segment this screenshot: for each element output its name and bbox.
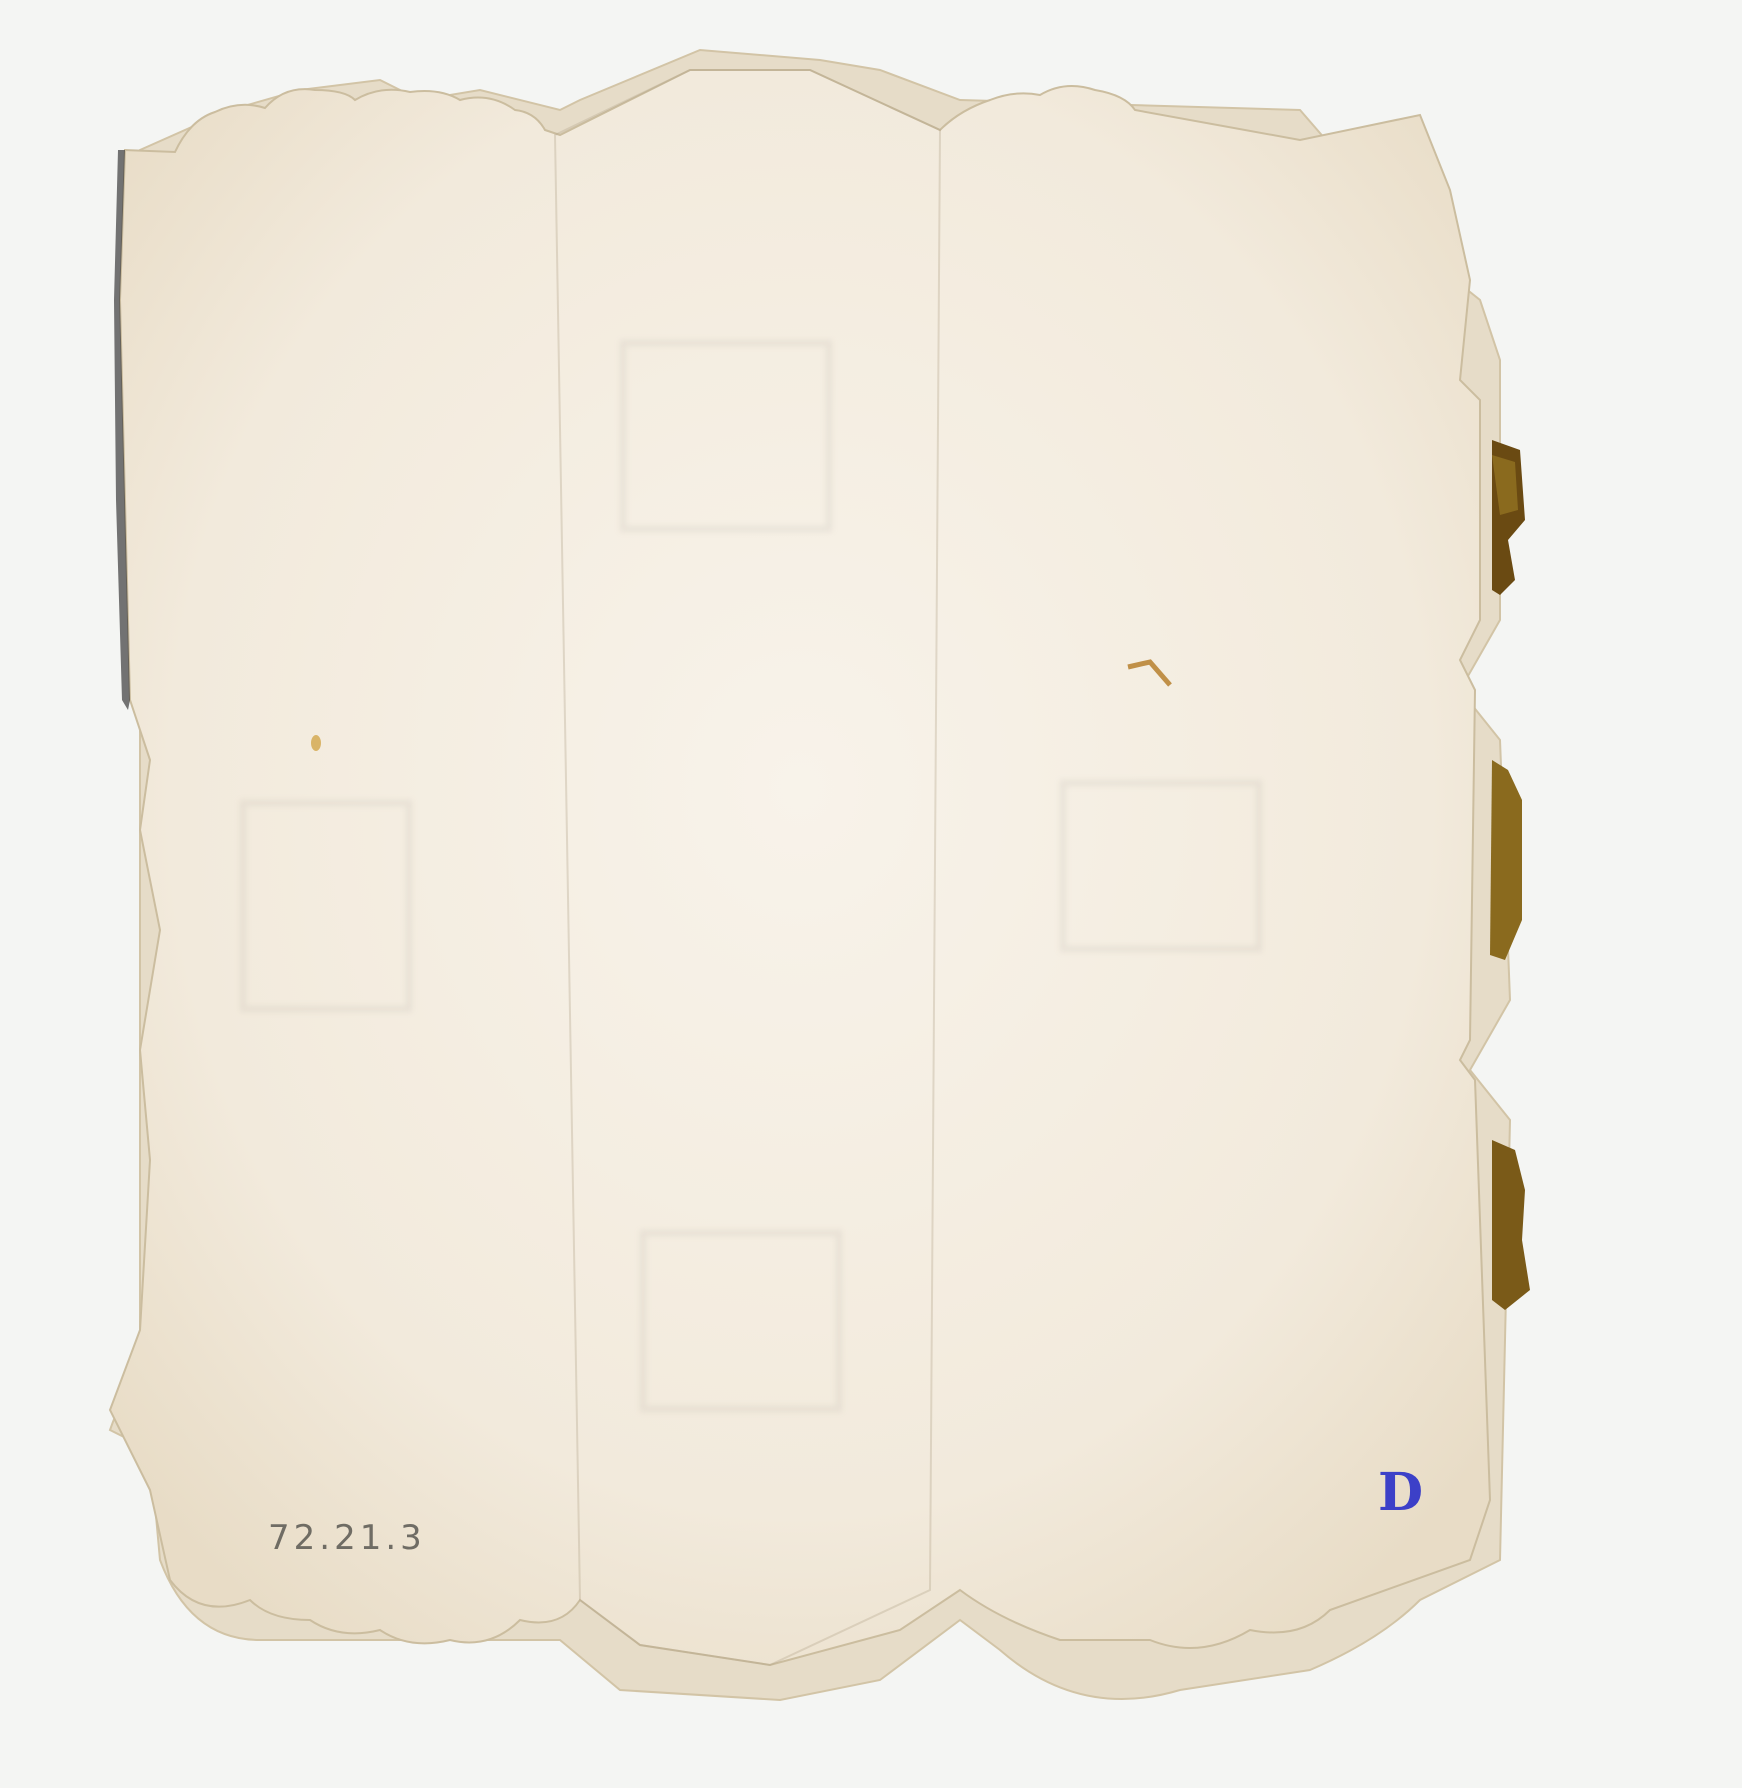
show-through-mark <box>640 1230 842 1412</box>
show-through-mark <box>620 340 832 532</box>
accession-number: 72.21.3 <box>268 1518 426 1558</box>
show-through-mark <box>1060 780 1262 952</box>
ink-stamp-mark: D <box>1378 1462 1423 1523</box>
card-photo: 72.21.3 D <box>0 0 1742 1788</box>
show-through-mark <box>240 800 412 1012</box>
